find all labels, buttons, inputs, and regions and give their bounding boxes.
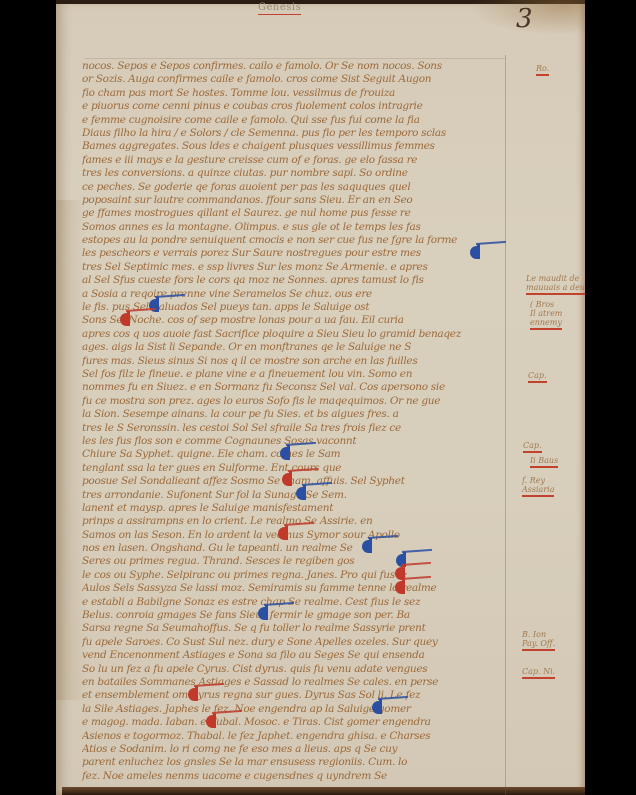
- text-line: Samos on las Seson. En lo ardent la vecm…: [82, 529, 512, 542]
- text-line: e magog. mada. Iaban. e Tubal. Mosoc. e …: [82, 716, 512, 729]
- manuscript-viewer: Genesis 3 nocos. Sepos e Sepos confirmes…: [0, 0, 636, 795]
- text-line: prinps a assirampns en lo crient. Le rea…: [82, 515, 512, 528]
- text-line: Atios e Sodanim. lo ri comg ne fe eso me…: [82, 743, 512, 756]
- text-line: la Sion. Sesempe ainans. la cour pe fu S…: [82, 408, 512, 421]
- initial-stem: [289, 471, 292, 486]
- initial-stem: [265, 605, 268, 620]
- text-line: So lu un fez a fu apele Cyrus. Cist dyru…: [82, 663, 512, 676]
- marginal-note-text: Cap.: [528, 371, 547, 380]
- marginal-note-text: Ii Baus: [530, 456, 558, 465]
- text-line: fames e iii mays e la gesture creisse cu…: [82, 154, 512, 167]
- marginal-note: Cap. Ni.: [522, 667, 555, 679]
- text-line: Diaus filho la hira / e Solors / cle Sem…: [82, 127, 512, 140]
- rubric-underline: [536, 74, 549, 76]
- text-line: Aulos Sels Sassyza Se lassi moz. Semiram…: [82, 582, 512, 595]
- text-line: Asienos e togormoz. Thabal. le fez Japhe…: [82, 730, 512, 743]
- initial-stem: [379, 699, 382, 714]
- text-line: or Sozis. Auga confirmes caile e famolo.…: [82, 73, 512, 86]
- text-line: Somos annes es la montagne. Olimpus. e s…: [82, 221, 512, 234]
- text-line: Bames aggregates. Sous ldes e chaigent p…: [82, 140, 512, 153]
- initial-stem: [213, 713, 216, 728]
- folio-number: 3: [516, 4, 533, 34]
- text-line: Sarsa regne Sa Seumahoffus. Se q fu toll…: [82, 622, 512, 635]
- blue-initial-paraph: [372, 699, 384, 715]
- blue-initial-paraph: [470, 244, 482, 260]
- blue-initial-paraph: [280, 445, 292, 461]
- marginal-note: ( Bros Il atrem ennemy: [530, 300, 562, 330]
- rubric-underline: [526, 293, 585, 295]
- text-line: fu ce mostra son prez. ages lo euros Sof…: [82, 395, 512, 408]
- initial-stem: [287, 445, 290, 460]
- text-line: fures mas. Sieus sinus Si nos q il ce mo…: [82, 355, 512, 368]
- initial-stem: [156, 297, 159, 312]
- initial-stem: [285, 525, 288, 540]
- rubric-underline: [522, 495, 554, 497]
- text-line: e piuorus come cenni pinus e coubas cros…: [82, 100, 512, 113]
- text-line: les pescheors e verrais porez Sur Saure …: [82, 247, 512, 260]
- initial-stem: [195, 686, 198, 701]
- initial-stem: [402, 579, 405, 594]
- text-line: Belus. conroia gmages Se fans Sieus ferm…: [82, 609, 512, 622]
- text-line: nommes fu en Siuez. e en Sormanz fu Seco…: [82, 381, 512, 394]
- text-line: Seres ou primes regua. Thrand. Sesces le…: [82, 555, 512, 568]
- rubric-underline: [522, 677, 555, 679]
- text-line: poposaint sur lautre commandanos. ffour …: [82, 194, 512, 207]
- marginal-note: Cap.: [523, 441, 542, 453]
- text-line: ce peches. Se goderie qe foras auoient p…: [82, 181, 512, 194]
- rubric-underline: [530, 466, 558, 468]
- blue-initial-paraph: [258, 605, 270, 621]
- rubric-underline: [522, 649, 555, 651]
- red-initial-paraph: [395, 579, 407, 595]
- text-line: Sons Sel Noche. cos of sep mostre lonas …: [82, 314, 512, 327]
- rubric-underline: [528, 381, 547, 383]
- text-line: lanent et maysp. apres le Saluige manisf…: [82, 502, 512, 515]
- red-initial-paraph: [282, 471, 294, 487]
- text-line: fez. Noe ameles nenms uacome e cugensdne…: [82, 770, 512, 783]
- red-initial-paraph: [188, 686, 200, 702]
- text-line: e femme cugnoisire come caile e famolo. …: [82, 114, 512, 127]
- initial-stem: [127, 311, 130, 326]
- text-line: en batailes Sommanes Astiages e Sassad l…: [82, 676, 512, 689]
- text-line: apres cos q uos auoie fast Sacrifice plo…: [82, 328, 512, 341]
- rubric-underline: [530, 328, 562, 330]
- text-line: tres les conversions. a quinze ciutas. p…: [82, 167, 512, 180]
- text-line: estopes au la pondre senuiquent cmocis e…: [82, 234, 512, 247]
- text-line: tres Sel Septimic mes. e ssp livres Sur …: [82, 261, 512, 274]
- text-line: ge ffames mostrogues qillant el Saurez. …: [82, 207, 512, 220]
- marginal-note-text: Ro.: [536, 64, 549, 73]
- text-line: Sel fos filz le fineue. e plane vine e a…: [82, 368, 512, 381]
- marginal-note-text: ( Bros Il atrem ennemy: [530, 300, 562, 327]
- top-ruling-line: [85, 58, 505, 59]
- rubric-underline: [523, 451, 542, 453]
- text-line: parent enluchez los gnsles Se la mar ens…: [82, 756, 512, 769]
- text-line: al Sel Sfus cueste fors le cors qa moz n…: [82, 274, 512, 287]
- red-initial-paraph: [278, 525, 290, 541]
- text-line: fio cham pas mort Se hostes. Tomme lou. …: [82, 87, 512, 100]
- text-column: nocos. Sepos e Sepos confirmes. cailo e …: [82, 60, 512, 783]
- text-line: vend Encenonment Astiages e Sona sa filo…: [82, 649, 512, 662]
- red-initial-paraph: [206, 713, 218, 729]
- text-line: nocos. Sepos e Sepos confirmes. cailo e …: [82, 60, 512, 73]
- blue-initial-paraph: [296, 485, 308, 501]
- marginal-note-text: Le maudit de mauuais a deu: [526, 274, 585, 292]
- initial-stem: [369, 538, 372, 553]
- text-line: a Sosia a reqoire prenne vine Seramelos …: [82, 288, 512, 301]
- text-line: ages. aigs la Sist li Sepande. Or en mon…: [82, 341, 512, 354]
- initial-stem: [303, 485, 306, 500]
- marginal-note: Ro.: [536, 64, 549, 76]
- marginal-note: B. Ion Pay. Off.: [522, 630, 555, 651]
- text-line: le cos ou Syphe. Selpiranc ou primes reg…: [82, 569, 512, 582]
- blue-initial-paraph: [362, 538, 374, 554]
- text-line: et ensemblement om Syrus regna sur gues.…: [82, 689, 512, 702]
- initial-stem: [477, 244, 480, 259]
- blue-initial-paraph: [149, 297, 161, 313]
- marginal-note-text: B. Ion Pay. Off.: [522, 630, 555, 648]
- text-line: tres le S Seronssin. les cestoi Sol Sel …: [82, 422, 512, 435]
- marginal-note-text: Cap. Ni.: [522, 667, 555, 676]
- text-line: fu apele Saroes. Co Sust Sul nez. dury e…: [82, 636, 512, 649]
- marginal-note-text: f. Rey Assiaria: [522, 476, 554, 494]
- marginal-note: Cap.: [528, 371, 547, 383]
- text-line: les les fus flos son e comme Cognaunes S…: [82, 435, 512, 448]
- text-line: la Sile Astiages. Japhes le fez. Noe eng…: [82, 703, 512, 716]
- marginal-note: Ii Baus: [530, 456, 558, 468]
- red-initial-paraph: [120, 311, 132, 327]
- text-line: nos en lasen. Ongshand. Gu le tapeanti. …: [82, 542, 512, 555]
- marginal-note: Le maudit de mauuais a deu: [526, 274, 585, 295]
- running-head: Genesis: [258, 2, 301, 15]
- text-line: e establi a Babilgne Sonaz es estre chap…: [82, 596, 512, 609]
- marginal-note: f. Rey Assiaria: [522, 476, 554, 497]
- page-bottom-edge: [62, 787, 585, 795]
- marginal-note-text: Cap.: [523, 441, 542, 450]
- text-line: Chiure Sa Syphet. quigne. Ele cham. come…: [82, 448, 512, 461]
